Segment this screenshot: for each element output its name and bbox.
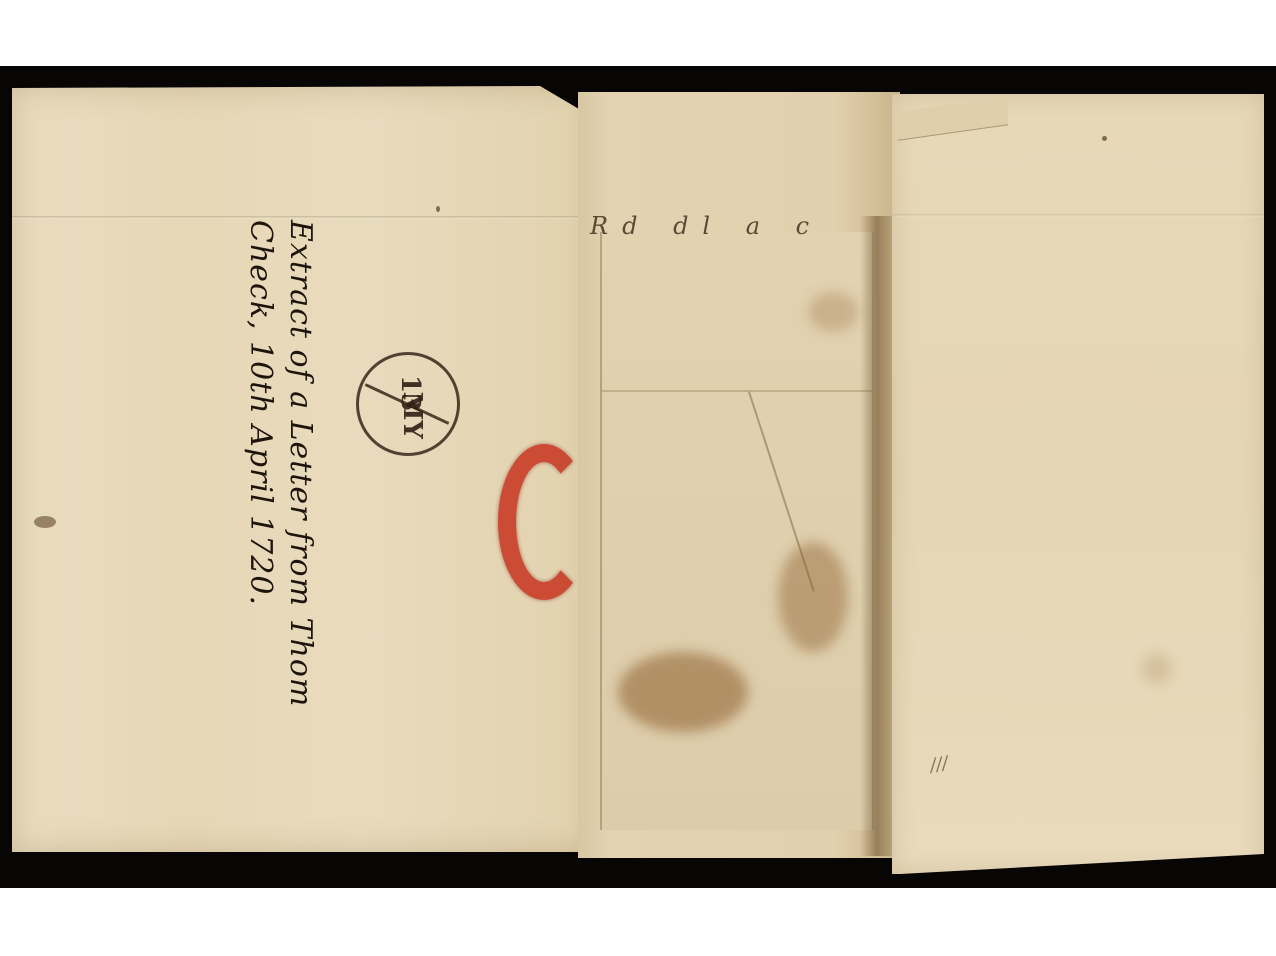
corner-marks: /// [928, 753, 950, 777]
fold-line [892, 214, 1264, 217]
shadowed-fold [860, 216, 894, 856]
manuscript-inscription: Extract of a Letter from Thom Check, 10t… [230, 220, 320, 860]
photo-background [0, 66, 1276, 888]
water-stain [618, 652, 748, 732]
address-fragment-text: Rd dl a c [590, 212, 823, 240]
postmark-month: MY [397, 392, 427, 439]
fold-line [12, 216, 592, 219]
ink-spot [1102, 136, 1107, 141]
inscription-line-1: Extract of a Letter from Thom [280, 220, 320, 860]
water-stain [778, 542, 848, 652]
foxing-spot [1142, 654, 1172, 684]
ink-spot [34, 516, 56, 528]
right-leaf [892, 94, 1264, 874]
water-stain [808, 292, 858, 332]
inscription-line-2: Check, 10th April 1720. [240, 220, 280, 860]
fold-line [602, 390, 872, 392]
red-wax-seal [498, 444, 590, 600]
ink-spot [436, 206, 440, 212]
bishop-postmark: 13 MY [356, 352, 460, 456]
center-fold-panel [578, 92, 900, 858]
